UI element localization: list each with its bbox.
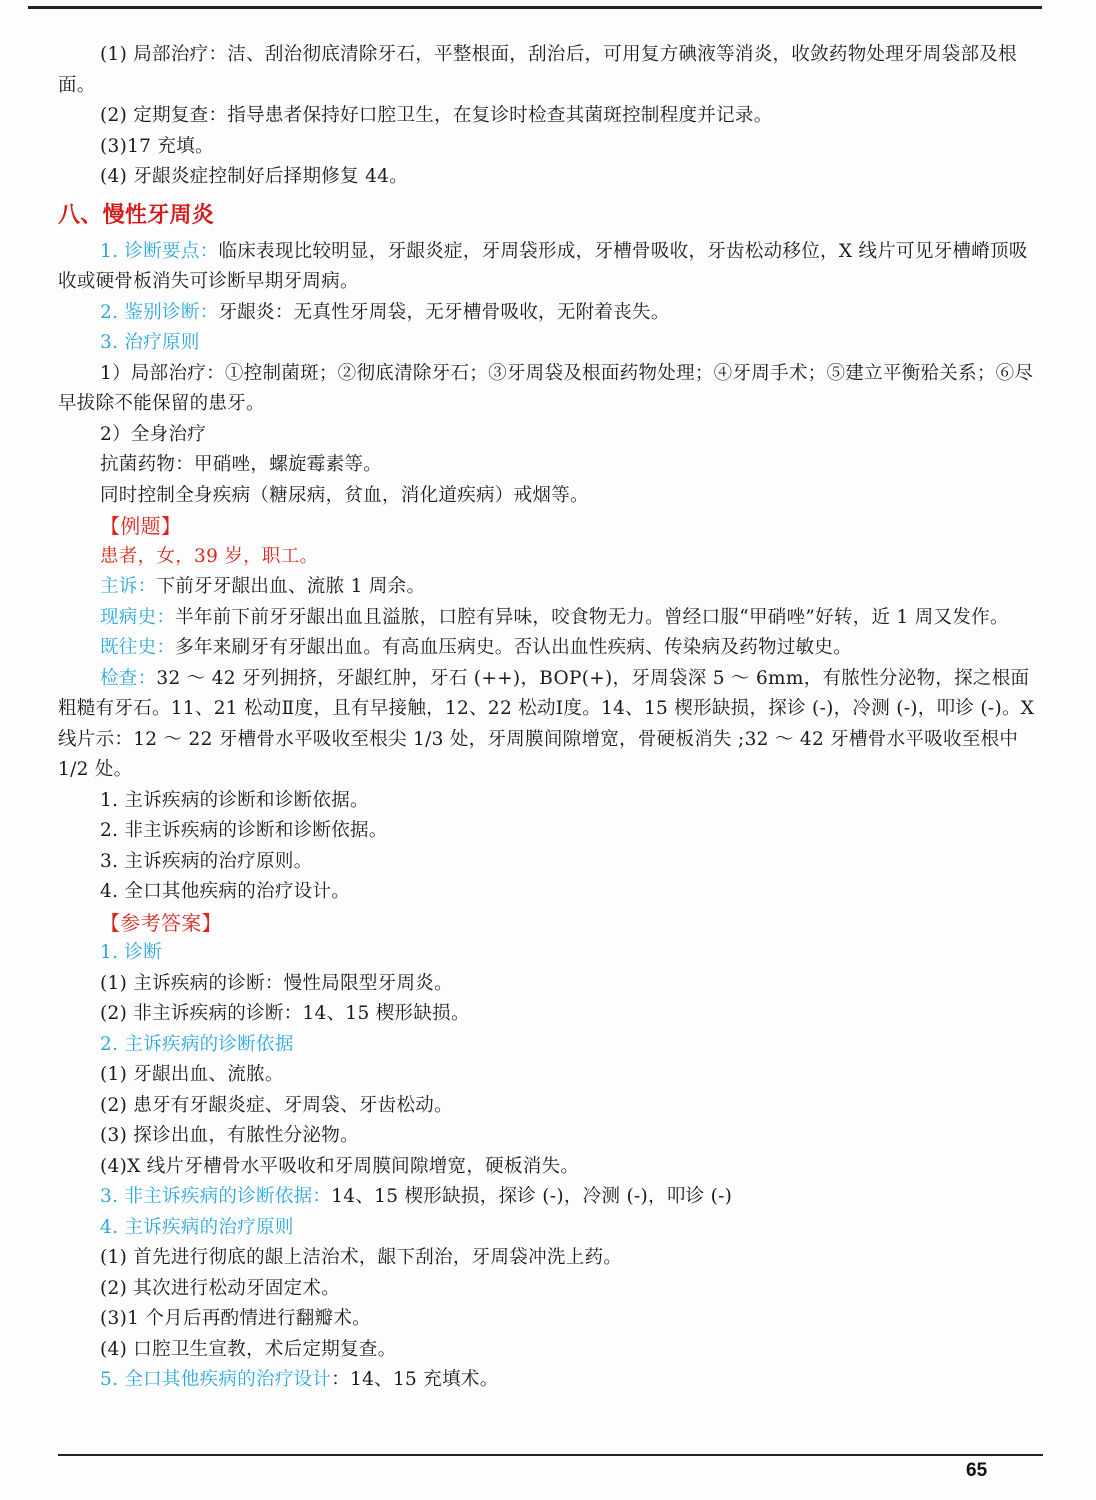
patient-info: 患者，女，39 岁，职工。 [58,542,1043,573]
question-item: 3. 主诉疾病的治疗原则。 [58,847,1043,878]
present-history-text: 半年前下前牙牙龈出血且溢脓，口腔有异味，咬食物无力。曾经口服“甲硝唑”好转，近 … [175,607,1009,628]
non-chief-basis-label: 3. 非主诉疾病的诊断依据： [100,1186,331,1207]
chief-treatment-heading: 4. 主诉疾病的治疗原则 [58,1213,1043,1244]
diagnosis-points: 1. 诊断要点：临床表现比较明显，牙龈炎症，牙周袋形成，牙槽骨吸收，牙齿松动移位… [58,237,1043,298]
answer-item: (4) 口腔卫生宣教，术后定期复查。 [58,1335,1043,1366]
examination-text: 32 ～ 42 牙列拥挤，牙龈红肿，牙石 (++)，BOP(+)，牙周袋深 5 … [58,668,1034,781]
question-item: 4. 全口其他疾病的治疗设计。 [58,877,1043,908]
header-rule [28,6,1042,9]
chief-basis-heading: 2. 主诉疾病的诊断依据 [58,1030,1043,1061]
answer-item: (1) 首先进行彻底的龈上洁治术，龈下刮治，牙周袋冲洗上药。 [58,1243,1043,1274]
list-item: (1) 局部治疗：洁、刮治彻底清除牙石，平整根面，刮治后，可用复方碘液等消炎，收… [58,40,1043,101]
present-history: 现病史：半年前下前牙牙龈出血且溢脓，口腔有异味，咬食物无力。曾经口服“甲硝唑”好… [58,603,1043,634]
chief-complaint: 主诉：下前牙牙龈出血、流脓 1 周余。 [58,572,1043,603]
answer-diagnosis-heading: 1. 诊断 [58,938,1043,969]
question-item: 2. 非主诉疾病的诊断和诊断依据。 [58,816,1043,847]
chief-complaint-label: 主诉： [100,576,156,597]
section-title: 八、慢性牙周炎 [58,199,1043,233]
systemic-treatment-title: 2）全身治疗 [58,420,1043,451]
previous-section-continuation: (1) 局部治疗：洁、刮治彻底清除牙石，平整根面，刮治后，可用复方碘液等消炎，收… [58,40,1043,193]
answer-item: (2) 其次进行松动牙固定术。 [58,1274,1043,1305]
present-history-label: 现病史： [100,607,175,628]
answer-item: (1) 牙龈出血、流脓。 [58,1060,1043,1091]
past-history-label: 既往史： [100,637,175,658]
differential-text: 牙龈炎：无真性牙周袋，无牙槽骨吸收，无附着丧失。 [218,302,669,323]
footer-rule [58,1454,1043,1456]
answer-item: (3)1 个月后再酌情进行翻瓣术。 [58,1304,1043,1335]
examination: 检查：32 ～ 42 牙列拥挤，牙龈红肿，牙石 (++)，BOP(+)，牙周袋深… [58,664,1043,786]
antibiotics: 抗菌药物：甲硝唑，螺旋霉素等。 [58,450,1043,481]
answer-header: 【参考答案】 [58,908,1043,939]
list-item: (4) 牙龈炎症控制好后择期修复 44。 [58,162,1043,193]
treatment-heading: 3. 治疗原则 [58,328,1043,359]
examination-label: 检查： [100,668,156,689]
question-item: 1. 主诉疾病的诊断和诊断依据。 [58,786,1043,817]
answer-item: (2) 非主诉疾病的诊断：14、15 楔形缺损。 [58,999,1043,1030]
non-chief-basis: 3. 非主诉疾病的诊断依据：14、15 楔形缺损，探诊 (-)，冷测 (-)，叩… [58,1182,1043,1213]
other-design: 5. 全口其他疾病的治疗设计：14、15 充填术。 [58,1365,1043,1396]
differential-diagnosis: 2. 鉴别诊断：牙龈炎：无真性牙周袋，无牙槽骨吸收，无附着丧失。 [58,298,1043,329]
list-item: (3)17 充填。 [58,132,1043,163]
page-content: (1) 局部治疗：洁、刮治彻底清除牙石，平整根面，刮治后，可用复方碘液等消炎，收… [58,40,1043,1396]
chief-complaint-text: 下前牙牙龈出血、流脓 1 周余。 [156,576,425,597]
answer-item: (1) 主诉疾病的诊断：慢性局限型牙周炎。 [58,969,1043,1000]
past-history-text: 多年来刷牙有牙龈出血。有高血压病史。否认出血性疾病、传染病及药物过敏史。 [175,637,852,658]
diagnosis-points-label: 1. 诊断要点： [100,241,218,262]
answer-item: (3) 探诊出血，有脓性分泌物。 [58,1121,1043,1152]
answer-item: (2) 患牙有牙龈炎症、牙周袋、牙齿松动。 [58,1091,1043,1122]
answer-item: (4)X 线片牙槽骨水平吸收和牙周膜间隙增宽，硬板消失。 [58,1152,1043,1183]
systemic-control: 同时控制全身疾病（糖尿病，贫血，消化道疾病）戒烟等。 [58,481,1043,512]
page-number: 65 [966,1460,987,1482]
local-treatment: 1）局部治疗：①控制菌斑；②彻底清除牙石；③牙周袋及根面药物处理；④牙周手术；⑤… [58,359,1043,420]
other-design-text: ：14、15 充填术。 [331,1369,498,1390]
question-list: 1. 主诉疾病的诊断和诊断依据。 2. 非主诉疾病的诊断和诊断依据。 3. 主诉… [58,786,1043,908]
past-history: 既往史：多年来刷牙有牙龈出血。有高血压病史。否认出血性疾病、传染病及药物过敏史。 [58,633,1043,664]
non-chief-basis-text: 14、15 楔形缺损，探诊 (-)，冷测 (-)，叩诊 (-) [331,1186,732,1207]
example-header: 【例题】 [58,511,1043,542]
differential-label: 2. 鉴别诊断： [100,302,218,323]
other-design-label: 5. 全口其他疾病的治疗设计 [100,1369,331,1390]
list-item: (2) 定期复查：指导患者保持好口腔卫生，在复诊时检查其菌斑控制程度并记录。 [58,101,1043,132]
